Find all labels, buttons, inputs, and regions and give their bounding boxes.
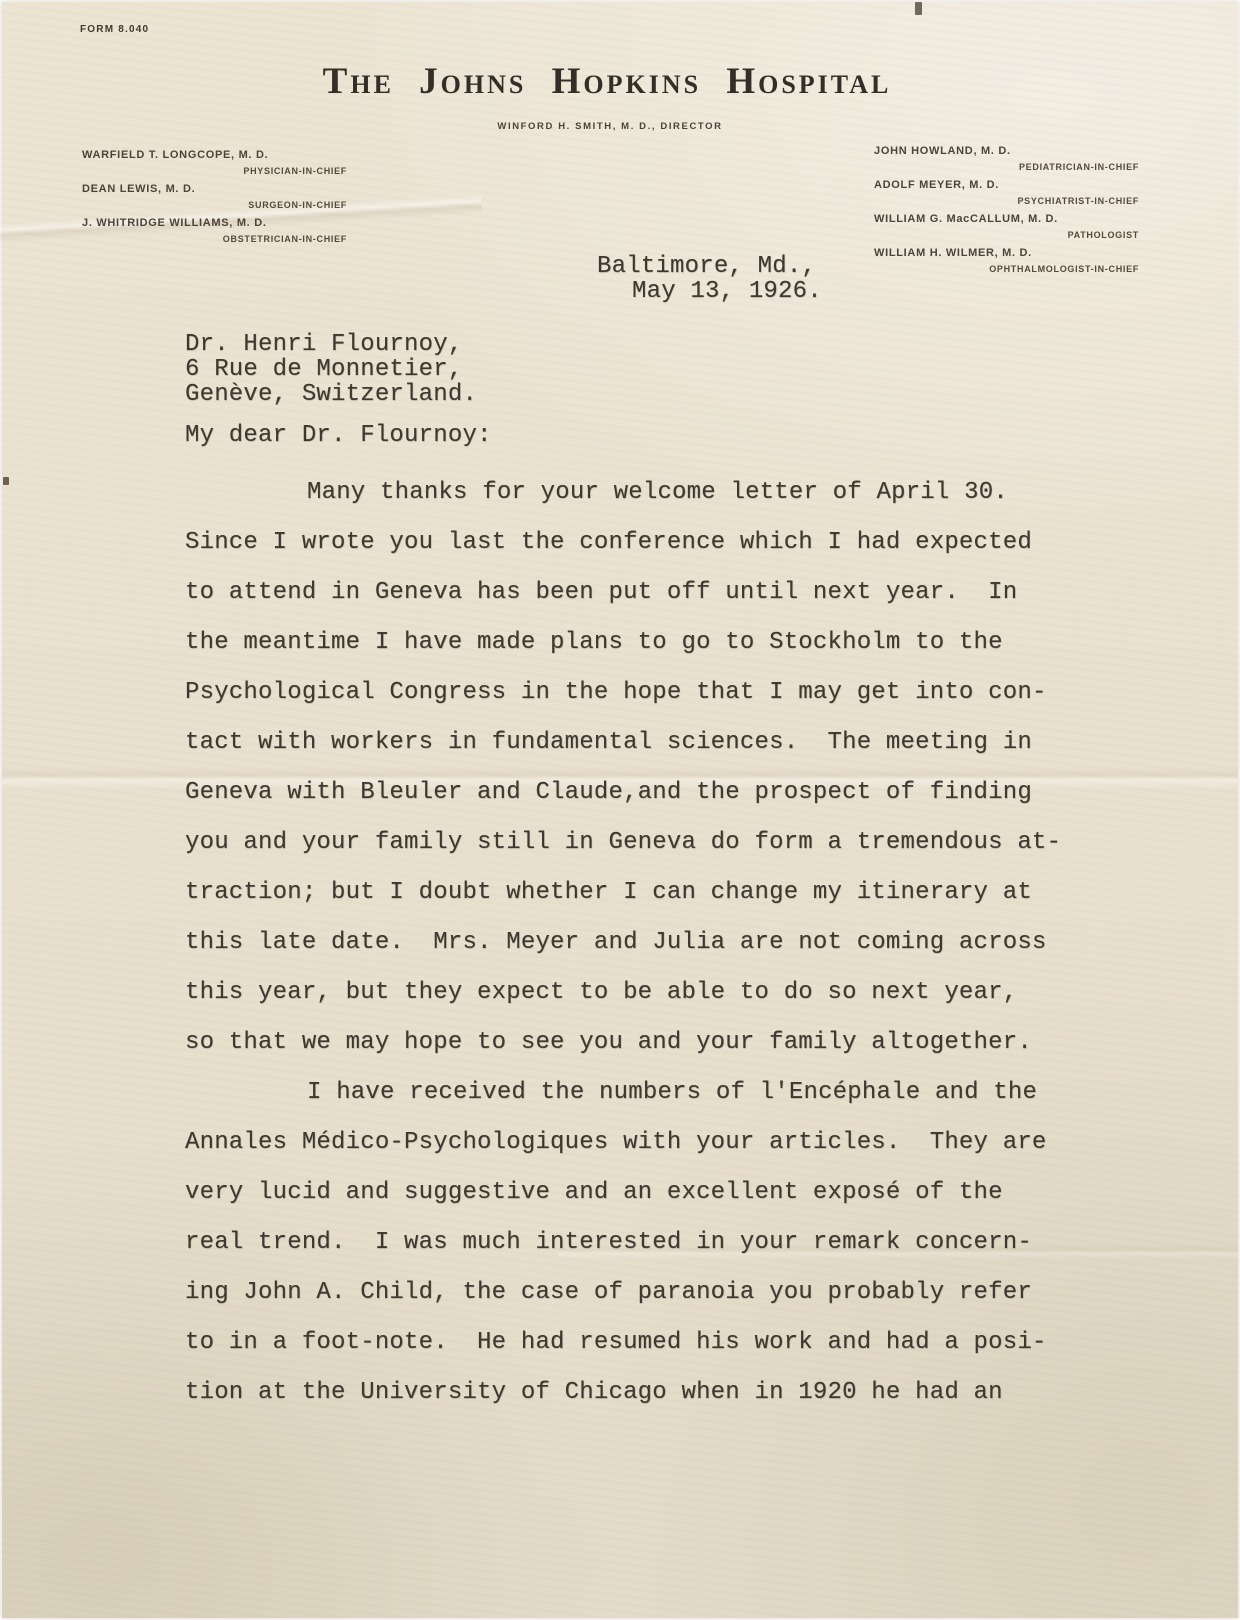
address-line: 6 Rue de Monnetier, xyxy=(185,357,477,382)
dateline-date: May 13, 1926. xyxy=(632,279,822,304)
staff-title: SURGEON-IN-CHIEF xyxy=(82,200,347,210)
body-line: I have received the numbers of l'Encépha… xyxy=(185,1068,1105,1118)
body-line: Annales Médico-Psychologiques with your … xyxy=(185,1118,1105,1168)
staff-title: PEDIATRICIAN-IN-CHIEF xyxy=(874,162,1139,172)
address-line: Dr. Henri Flournoy, xyxy=(185,332,477,357)
recipient-address: Dr. Henri Flournoy, 6 Rue de Monnetier, … xyxy=(185,332,477,407)
staff-entry: WILLIAM G. MacCALLUM, M. D. PATHOLOGIST xyxy=(874,213,1139,240)
body-line: Psychological Congress in the hope that … xyxy=(185,668,1105,718)
staff-title: PSYCHIATRIST-IN-CHIEF xyxy=(874,196,1139,206)
body-line: very lucid and suggestive and an excelle… xyxy=(185,1168,1105,1218)
body-line: Geneva with Bleuler and Claude,and the p… xyxy=(185,768,1105,818)
scan-artifact-top xyxy=(915,2,922,15)
staff-title: OPHTHALMOLOGIST-IN-CHIEF xyxy=(874,264,1139,274)
staff-name: WILLIAM G. MacCALLUM, M. D. xyxy=(874,213,1139,226)
staff-entry: WILLIAM H. WILMER, M. D. OPHTHALMOLOGIST… xyxy=(874,247,1139,274)
body-line: this year, but they expect to be able to… xyxy=(185,968,1105,1018)
staff-title: PATHOLOGIST xyxy=(874,230,1139,240)
staff-column-right: JOHN HOWLAND, M. D. PEDIATRICIAN-IN-CHIE… xyxy=(874,145,1139,281)
body-line: Many thanks for your welcome letter of A… xyxy=(185,468,1105,518)
letter-body: Many thanks for your welcome letter of A… xyxy=(185,468,1105,1418)
body-line: you and your family still in Geneva do f… xyxy=(185,818,1105,868)
address-line: Genève, Switzerland. xyxy=(185,382,477,407)
body-line: this late date. Mrs. Meyer and Julia are… xyxy=(185,918,1105,968)
form-number: FORM 8.040 xyxy=(80,24,149,35)
body-line: tion at the University of Chicago when i… xyxy=(185,1368,1105,1418)
staff-name: J. WHITRIDGE WILLIAMS, M. D. xyxy=(82,217,347,230)
salutation: My dear Dr. Flournoy: xyxy=(185,423,492,449)
hospital-title: The Johns Hopkins Hospital xyxy=(0,60,1225,103)
body-line: to attend in Geneva has been put off unt… xyxy=(185,568,1105,618)
dateline-city: Baltimore, Md., xyxy=(597,254,816,279)
body-line: Since I wrote you last the conference wh… xyxy=(185,518,1105,568)
director-line: WINFORD H. SMITH, M. D., DIRECTOR xyxy=(0,121,1228,132)
body-line: real trend. I was much interested in you… xyxy=(185,1218,1105,1268)
staff-entry: WARFIELD T. LONGCOPE, M. D. PHYSICIAN-IN… xyxy=(82,149,347,176)
staff-title: PHYSICIAN-IN-CHIEF xyxy=(82,166,347,176)
staff-entry: ADOLF MEYER, M. D. PSYCHIATRIST-IN-CHIEF xyxy=(874,179,1139,206)
staff-column-left: WARFIELD T. LONGCOPE, M. D. PHYSICIAN-IN… xyxy=(82,149,347,251)
staff-name: WILLIAM H. WILMER, M. D. xyxy=(874,247,1139,260)
letter-paper: FORM 8.040 The Johns Hopkins Hospital WI… xyxy=(2,2,1238,1618)
staff-name: DEAN LEWIS, M. D. xyxy=(82,183,347,196)
body-line: the meantime I have made plans to go to … xyxy=(185,618,1105,668)
staff-entry: J. WHITRIDGE WILLIAMS, M. D. OBSTETRICIA… xyxy=(82,217,347,244)
staff-entry: JOHN HOWLAND, M. D. PEDIATRICIAN-IN-CHIE… xyxy=(874,145,1139,172)
staff-title: OBSTETRICIAN-IN-CHIEF xyxy=(82,234,347,244)
body-line: so that we may hope to see you and your … xyxy=(185,1018,1105,1068)
staff-name: JOHN HOWLAND, M. D. xyxy=(874,145,1139,158)
scan-artifact-left xyxy=(3,477,9,485)
staff-name: ADOLF MEYER, M. D. xyxy=(874,179,1139,192)
staff-entry: DEAN LEWIS, M. D. SURGEON-IN-CHIEF xyxy=(82,183,347,210)
staff-name: WARFIELD T. LONGCOPE, M. D. xyxy=(82,149,347,162)
body-line: tact with workers in fundamental science… xyxy=(185,718,1105,768)
body-line: traction; but I doubt whether I can chan… xyxy=(185,868,1105,918)
body-line: ing John A. Child, the case of paranoia … xyxy=(185,1268,1105,1318)
body-line: to in a foot-note. He had resumed his wo… xyxy=(185,1318,1105,1368)
